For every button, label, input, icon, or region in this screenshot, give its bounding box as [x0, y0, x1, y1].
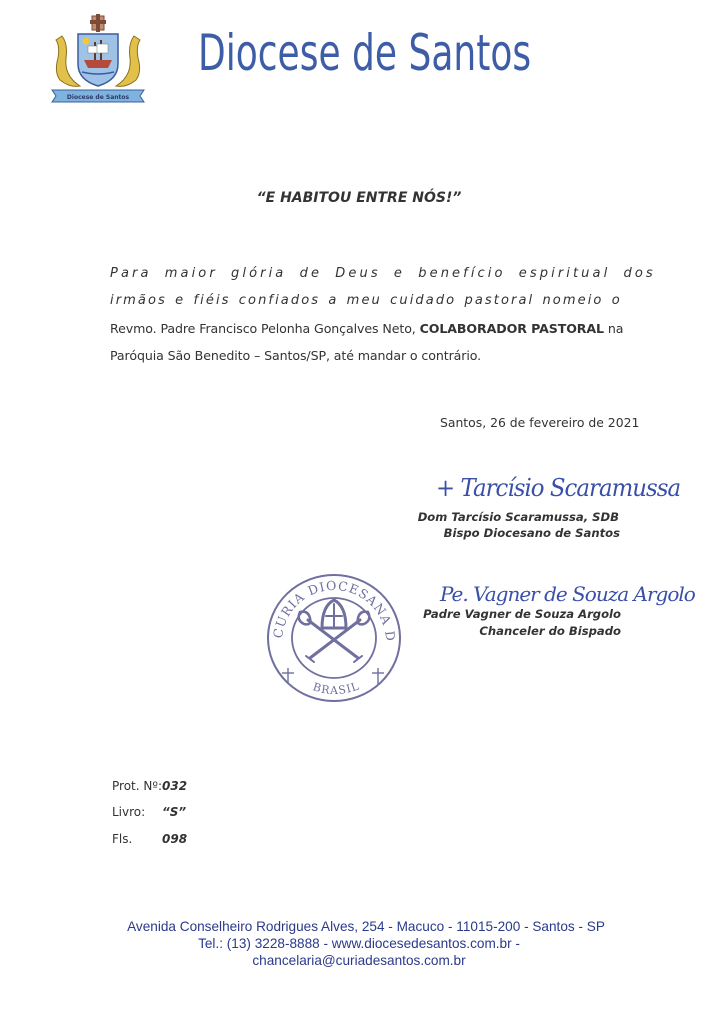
svg-text:BRASIL: BRASIL	[311, 679, 361, 697]
protocol-number-value: 032	[162, 779, 187, 793]
chancellor-name: Padre Vagner de Souza Argolo	[423, 607, 621, 621]
diocese-coat-of-arms-icon: Diocese de Santos	[48, 14, 148, 106]
footer-address: Avenida Conselheiro Rodrigues Alves, 254…	[0, 918, 718, 935]
protocol-number: Prot. Nº:032	[112, 779, 187, 793]
appointment-title: COLABORADOR PASTORAL	[420, 321, 604, 336]
body-line-3-pre: Revmo. Padre Francisco Pelonha Gonçalves…	[110, 321, 420, 336]
page-title: Diocese de Santos	[198, 24, 531, 82]
document-date: Santos, 26 de fevereiro de 2021	[440, 415, 639, 430]
curia-seal-stamp: CURIA DIOCESANA DE SANTOS BRASIL	[262, 570, 407, 705]
body-line-3-post: na	[604, 321, 623, 336]
protocol-book: Livro:“S”	[112, 805, 186, 819]
protocol-page-value: 098	[162, 832, 187, 846]
bishop-name: Dom Tarcísio Scaramussa, SDB	[418, 510, 619, 524]
protocol-number-label: Prot. Nº:	[112, 779, 162, 793]
mitre-and-crossed-keys-icon	[299, 600, 370, 662]
protocol-book-value: “S”	[162, 805, 186, 819]
body-line-1: Para maior glória de Deus e benefício es…	[110, 266, 618, 281]
document-heading: “E HABITOU ENTRE NÓS!”	[0, 190, 718, 206]
footer: Avenida Conselheiro Rodrigues Alves, 254…	[0, 918, 718, 969]
chancellor-signature: Pe. Vagner de Souza Argolo	[440, 582, 695, 606]
footer-email: chancelaria@curiadesantos.com.br	[0, 952, 718, 969]
chancellor-role: Chanceler do Bispado	[479, 624, 621, 638]
protocol-book-label: Livro:	[112, 805, 162, 819]
body-line-4: Paróquia São Benedito – Santos/SP, até m…	[110, 348, 618, 363]
svg-text:Diocese de Santos: Diocese de Santos	[67, 94, 130, 101]
bishop-signature: + Tarcísio Scaramussa	[436, 474, 680, 502]
protocol-page-label: Fls.	[112, 832, 162, 846]
protocol-page: Fls.098	[112, 832, 187, 846]
body-line-2: irmãos e fiéis confiados a meu cuidado p…	[110, 293, 618, 308]
footer-contact: Tel.: (13) 3228-8888 - www.diocesedesant…	[0, 935, 718, 952]
bishop-role: Bispo Diocesano de Santos	[444, 526, 620, 540]
body-line-3: Revmo. Padre Francisco Pelonha Gonçalves…	[110, 321, 618, 336]
